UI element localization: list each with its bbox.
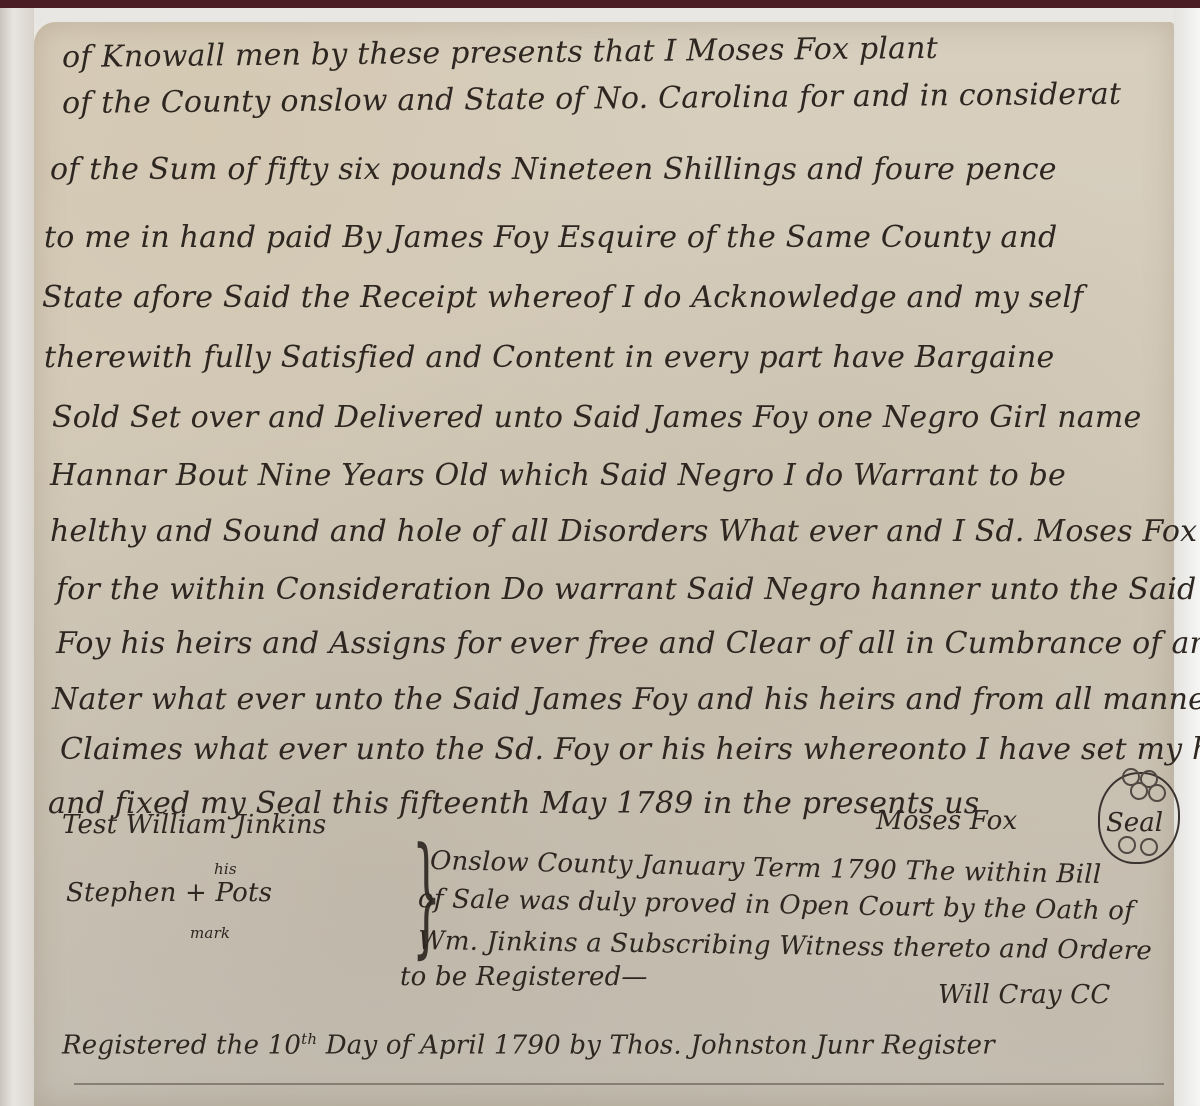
body-line-2: of the County onslow and State of No. Ca… bbox=[62, 77, 1121, 121]
witness-line-1: Test William Jinkins bbox=[62, 810, 326, 840]
clerk-signature: Will Cray CC bbox=[938, 980, 1110, 1010]
body-line-12: Nater what ever unto the Said James Foy … bbox=[52, 682, 1200, 717]
ruled-divider bbox=[74, 1083, 1164, 1085]
body-line-13: Claimes what ever unto the Sd. Foy or hi… bbox=[60, 732, 1200, 767]
registration-prefix: Registered the 10 bbox=[62, 1031, 301, 1061]
court-note-line-1: Onslow County January Term 1790 The with… bbox=[430, 846, 1102, 890]
witness-his-label: his bbox=[214, 860, 237, 878]
registration-rest: Day of April 1790 by Thos. Johnston Junr… bbox=[317, 1031, 995, 1061]
registration-ordinal: th bbox=[301, 1030, 317, 1048]
body-line-4: to me in hand paid By James Foy Esquire … bbox=[44, 220, 1057, 255]
seal-label: Seal bbox=[1106, 808, 1163, 838]
body-line-10: for the within Consideration Do warrant … bbox=[56, 572, 1200, 607]
body-line-5: State afore Said the Receipt whereof I d… bbox=[42, 280, 1083, 315]
body-line-7: Sold Set over and Delivered unto Said Ja… bbox=[52, 400, 1141, 435]
body-line-11: Foy his heirs and Assigns for ever free … bbox=[56, 626, 1200, 661]
body-line-8: Hannar Bout Nine Years Old which Said Ne… bbox=[50, 458, 1066, 493]
body-line-6: therewith fully Satisfied and Content in… bbox=[44, 340, 1054, 375]
witness-mark-label: mark bbox=[190, 924, 230, 942]
court-note-line-2: of Sale was duly proved in Open Court by… bbox=[418, 884, 1134, 926]
court-note-line-4: to be Registered— bbox=[400, 962, 648, 992]
witness-line-2: Stephen + Pots bbox=[66, 878, 272, 908]
body-line-3: of the Sum of fifty six pounds Nineteen … bbox=[50, 152, 1057, 187]
body-line-1: of Knowall men by these presents that I … bbox=[62, 31, 938, 75]
court-note-line-3: Wm. Jinkins a Subscribing Witness theret… bbox=[418, 926, 1152, 966]
handwritten-text: of Knowall men by these presents that I … bbox=[0, 0, 1200, 1106]
registration-line: Registered the 10th Day of April 1790 by… bbox=[62, 1030, 995, 1061]
body-line-9: helthy and Sound and hole of all Disorde… bbox=[50, 514, 1197, 549]
signer-signature: Moses Fox bbox=[876, 806, 1017, 836]
